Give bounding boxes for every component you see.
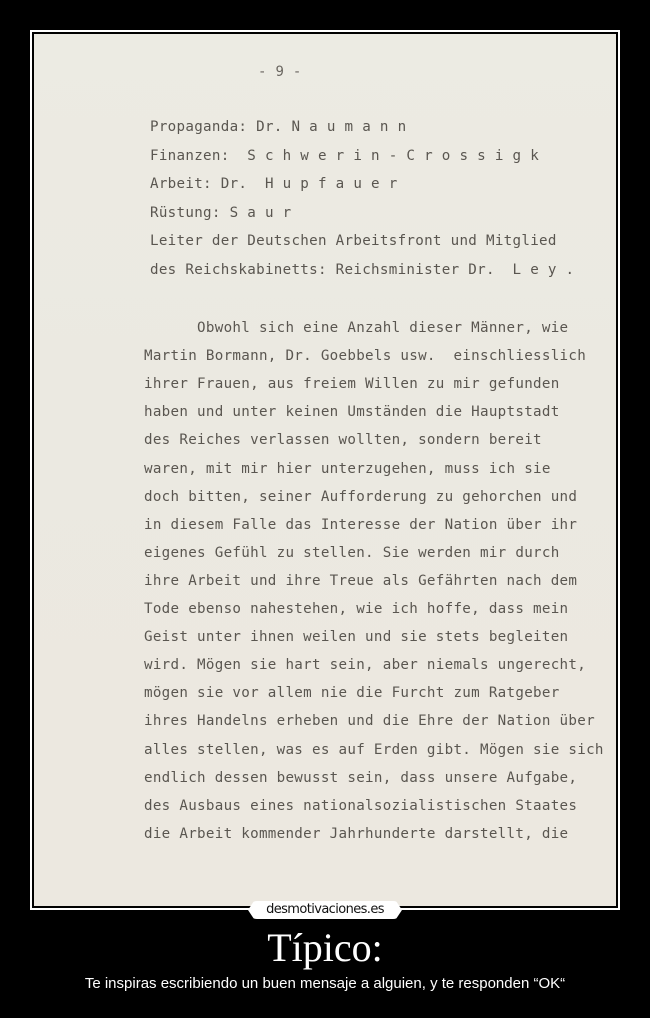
header-line: Rüstung: S a u r bbox=[150, 205, 291, 221]
header-line: Finanzen: S c h w e r i n - C r o s s i … bbox=[150, 148, 539, 164]
body-line: endlich dessen bewusst sein, dass unsere… bbox=[144, 770, 577, 786]
body-line: Martin Bormann, Dr. Goebbels usw. einsch… bbox=[144, 348, 586, 364]
body-line: Tode ebenso nahestehen, wie ich hoffe, d… bbox=[144, 601, 568, 617]
body-line: doch bitten, seiner Aufforderung zu geho… bbox=[144, 489, 577, 505]
poster-frame: - 9 - Propaganda: Dr. N a u m a n nFinan… bbox=[30, 30, 620, 910]
body-line: des Ausbaus eines nationalsozialistische… bbox=[144, 798, 577, 814]
body-line: alles stellen, was es auf Erden gibt. Mö… bbox=[144, 742, 604, 758]
body-line: ihres Handelns erheben und die Ehre der … bbox=[144, 713, 595, 729]
header-line: Leiter der Deutschen Arbeitsfront und Mi… bbox=[150, 233, 557, 249]
body-line: die Arbeit kommender Jahrhunderte darste… bbox=[144, 826, 568, 842]
body-line: ihrer Frauen, aus freiem Willen zu mir g… bbox=[144, 376, 560, 392]
body-line: wird. Mögen sie hart sein, aber niemals … bbox=[144, 657, 586, 673]
body-line: mögen sie vor allem nie die Furcht zum R… bbox=[144, 685, 560, 701]
body-line: Geist unter ihnen weilen und sie stets b… bbox=[144, 629, 568, 645]
header-line: Arbeit: Dr. H u p f a u e r bbox=[150, 176, 398, 192]
header-line: des Reichskabinetts: Reichsminister Dr. … bbox=[150, 262, 574, 278]
body-line: Obwohl sich eine Anzahl dieser Männer, w… bbox=[144, 320, 568, 336]
body-line: haben und unter keinen Umständen die Hau… bbox=[144, 404, 560, 420]
site-watermark: desmotivaciones.es bbox=[248, 901, 402, 919]
poster-caption: Te inspiras escribiendo un buen mensaje … bbox=[0, 975, 650, 992]
watermark-label: desmotivaciones.es bbox=[248, 901, 402, 919]
body-line: eigenes Gefühl zu stellen. Sie werden mi… bbox=[144, 545, 560, 561]
body-line: ihre Arbeit und ihre Treue als Gefährten… bbox=[144, 573, 577, 589]
body-line: des Reiches verlassen wollten, sondern b… bbox=[144, 432, 542, 448]
typewritten-document-photo: - 9 - Propaganda: Dr. N a u m a n nFinan… bbox=[34, 34, 616, 906]
header-line: Propaganda: Dr. N a u m a n n bbox=[150, 119, 406, 135]
page-number: - 9 - bbox=[258, 64, 302, 80]
poster-title: Típico: bbox=[0, 922, 650, 974]
body-line: waren, mit mir hier unterzugehen, muss i… bbox=[144, 461, 551, 477]
body-line: in diesem Falle das Interesse der Nation… bbox=[144, 517, 577, 533]
